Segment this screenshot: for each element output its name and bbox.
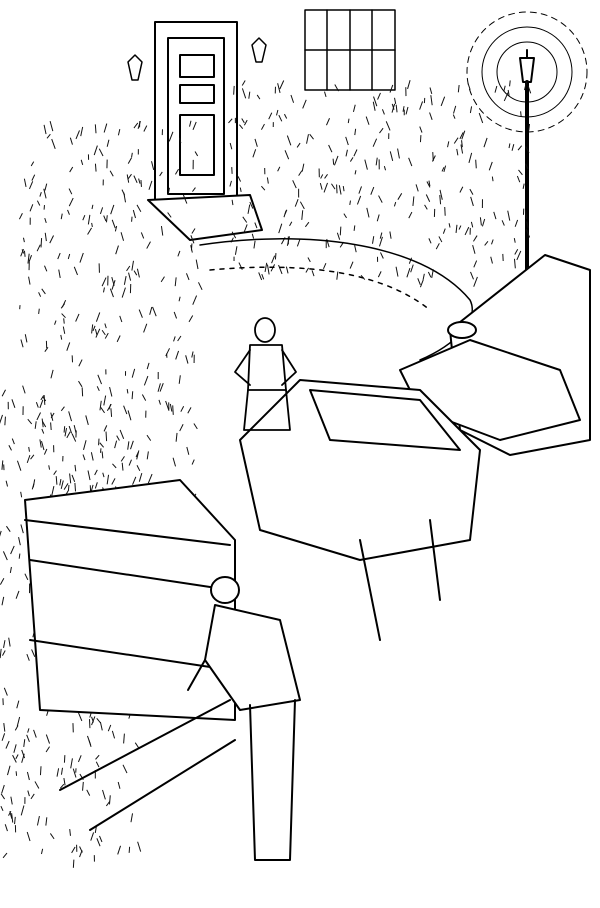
house-door — [148, 22, 262, 240]
street-lamp — [520, 50, 534, 270]
jeep — [25, 480, 235, 830]
lawn — [200, 239, 472, 360]
house-window — [305, 10, 395, 90]
illustration — [0, 0, 600, 908]
convertible — [240, 380, 480, 640]
